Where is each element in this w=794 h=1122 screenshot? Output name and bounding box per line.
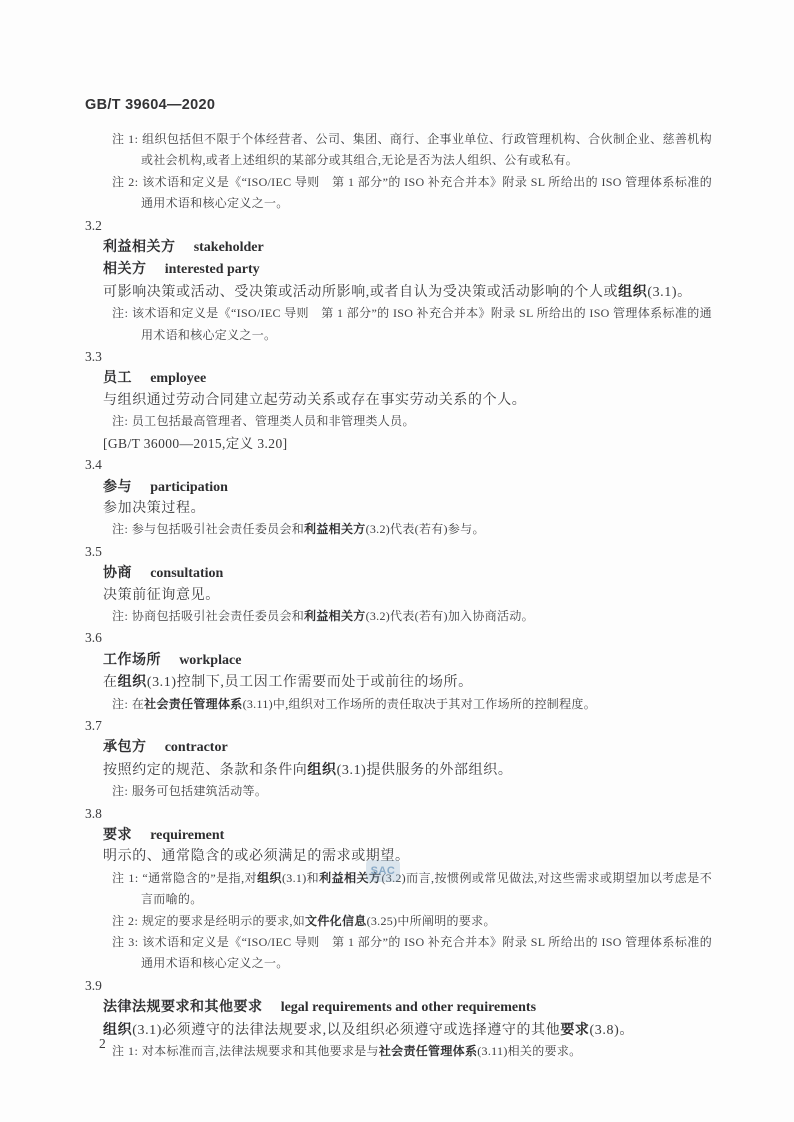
definition-text: 组织(3.1)必须遵守的法律法规要求,以及组织必须遵守或选择遵守的其他要求(3.… bbox=[103, 1019, 712, 1041]
clause-number: 3.2 bbox=[85, 215, 712, 236]
note-label: 注: bbox=[112, 697, 132, 711]
note-label: 注: bbox=[112, 522, 132, 536]
clause-number: 3.7 bbox=[85, 715, 712, 736]
term-line: 相关方interested party bbox=[103, 258, 712, 280]
bold-term-reference: 社会责任管理体系 bbox=[379, 1044, 477, 1058]
term-english: consultation bbox=[150, 566, 223, 581]
bold-term-reference: 利益相关方 bbox=[304, 522, 366, 536]
source-reference: [GB/T 36000—2015,定义 3.20] bbox=[103, 433, 712, 454]
term-line: 参与participation bbox=[103, 476, 712, 498]
text-run: 对本标准而言,法律法规要求和其他要求是与 bbox=[142, 1044, 379, 1058]
text-run: (3.8)。 bbox=[590, 1023, 634, 1038]
text-run: 明示的、通常隐含的或必须满足的需求或期望。 bbox=[103, 849, 410, 864]
note: 注 2: 规定的要求是经明示的要求,如文件化信息(3.25)中所阐明的要求。 bbox=[112, 911, 712, 932]
term-english: requirement bbox=[150, 828, 224, 843]
term-chinese: 员工 bbox=[103, 369, 132, 385]
text-run: 按照约定的规范、条款和条件向 bbox=[103, 763, 307, 778]
clause-number: 3.4 bbox=[85, 454, 712, 475]
clause-number: 3.3 bbox=[85, 346, 712, 367]
note-label: 注 1: bbox=[112, 132, 142, 146]
text-run: 员工包括最高管理者、管理类人员和非管理类人员。 bbox=[132, 414, 415, 428]
term-english: interested party bbox=[165, 262, 260, 277]
term-chinese: 利益相关方 bbox=[103, 238, 176, 254]
term-english: contractor bbox=[165, 740, 228, 755]
term-line: 协商consultation bbox=[103, 562, 712, 584]
text-run: 组织包括但不限于个体经营者、公司、集团、商行、企事业单位、行政管理机构、合伙制企… bbox=[141, 132, 712, 167]
term-chinese: 相关方 bbox=[103, 260, 147, 276]
text-run: (3.1)控制下,员工因工作需要而处于或前往的场所。 bbox=[147, 675, 473, 690]
text-run: 决策前征询意见。 bbox=[103, 588, 220, 603]
text-run: 规定的要求是经明示的要求,如 bbox=[142, 914, 305, 928]
clause-number: 3.8 bbox=[85, 803, 712, 824]
definition-text: 参加决策过程。 bbox=[103, 498, 712, 519]
text-run: (3.1)必须遵守的法律法规要求,以及组织必须遵守或选择遵守的其他 bbox=[132, 1023, 560, 1038]
text-run: (3.2)代表(若有)加入协商活动。 bbox=[366, 609, 534, 623]
definition-text: 可影响决策或活动、受决策或活动所影响,或者自认为受决策或活动影响的个人或组织(3… bbox=[103, 281, 712, 303]
text-run: 在 bbox=[132, 697, 144, 711]
text-run: (3.25)中所阐明的要求。 bbox=[367, 914, 496, 928]
term-line: 承包方contractor bbox=[103, 736, 712, 758]
text-run: (3.11)相关的要求。 bbox=[477, 1044, 581, 1058]
text-run: 该术语和定义是《“ISO/IEC 导则 第 1 部分”的 ISO 补充合并本》附… bbox=[141, 175, 712, 210]
note-label: 注 2: bbox=[112, 914, 142, 928]
definition-text: 决策前征询意见。 bbox=[103, 585, 712, 606]
term-chinese: 法律法规要求和其他要求 bbox=[103, 998, 263, 1014]
note: 注: 在社会责任管理体系(3.11)中,组织对工作场所的责任取决于其对工作场所的… bbox=[112, 694, 712, 715]
text-run: 参加决策过程。 bbox=[103, 501, 205, 516]
note: 注 1: 组织包括但不限于个体经营者、公司、集团、商行、企事业单位、行政管理机构… bbox=[112, 129, 712, 172]
note: 注 2: 该术语和定义是《“ISO/IEC 导则 第 1 部分”的 ISO 补充… bbox=[112, 172, 712, 215]
text-run: 可影响决策或活动、受决策或活动所影响,或者自认为受决策或活动影响的个人或 bbox=[103, 285, 618, 300]
standard-document-page: GB/T 39604—2020 注 1: 组织包括但不限于个体经营者、公司、集团… bbox=[0, 0, 794, 1122]
note: 注: 服务可包括建筑活动等。 bbox=[112, 781, 712, 802]
bold-term-reference: 要求 bbox=[560, 1021, 589, 1037]
text-run: 与组织通过劳动合同建立起劳动关系或存在事实劳动关系的个人。 bbox=[103, 393, 526, 408]
text-run: 该术语和定义是《“ISO/IEC 导则 第 1 部分”的 ISO 补充合并本》附… bbox=[132, 306, 712, 341]
term-english: participation bbox=[150, 480, 228, 495]
term-chinese: 参与 bbox=[103, 478, 132, 494]
text-run: (3.11)中,组织对工作场所的责任取决于其对工作场所的控制程度。 bbox=[243, 697, 596, 711]
clause-number: 3.5 bbox=[85, 541, 712, 562]
bold-term-reference: 组织 bbox=[257, 871, 282, 885]
note: 注 3: 该术语和定义是《“ISO/IEC 导则 第 1 部分”的 ISO 补充… bbox=[112, 932, 712, 975]
bold-term-reference: 组织 bbox=[618, 283, 647, 299]
term-english: stakeholder bbox=[194, 240, 264, 255]
term-line: 员工employee bbox=[103, 367, 712, 389]
note: 注: 参与包括吸引社会责任委员会和利益相关方(3.2)代表(若有)参与。 bbox=[112, 519, 712, 540]
term-line: 要求requirement bbox=[103, 824, 712, 846]
page-number: 2 bbox=[99, 1033, 106, 1054]
term-line: 利益相关方stakeholder bbox=[103, 236, 712, 258]
bold-term-reference: 利益相关方 bbox=[304, 609, 366, 623]
text-run: (3.1)提供服务的外部组织。 bbox=[337, 763, 513, 778]
sac-watermark: SAC bbox=[366, 860, 400, 882]
text-run: (3.2)代表(若有)参与。 bbox=[366, 522, 485, 536]
term-line: 工作场所workplace bbox=[103, 649, 712, 671]
document-number-header: GB/T 39604—2020 bbox=[85, 95, 215, 116]
clause-number: 3.6 bbox=[85, 627, 712, 648]
text-run: 参与包括吸引社会责任委员会和 bbox=[132, 522, 304, 536]
clause-number: 3.9 bbox=[85, 975, 712, 996]
text-run: 协商包括吸引社会责任委员会和 bbox=[132, 609, 304, 623]
text-run: (3.1)和 bbox=[282, 871, 319, 885]
term-chinese: 承包方 bbox=[103, 738, 147, 754]
note: 注: 协商包括吸引社会责任委员会和利益相关方(3.2)代表(若有)加入协商活动。 bbox=[112, 606, 712, 627]
bold-term-reference: 组织 bbox=[103, 1021, 132, 1037]
term-chinese: 要求 bbox=[103, 826, 132, 842]
terms-and-definitions-content: 注 1: 组织包括但不限于个体经营者、公司、集团、商行、企事业单位、行政管理机构… bbox=[85, 129, 712, 1062]
note-label: 注 3: bbox=[112, 935, 142, 949]
note-label: 注: bbox=[112, 609, 132, 623]
note: 注: 该术语和定义是《“ISO/IEC 导则 第 1 部分”的 ISO 补充合并… bbox=[112, 303, 712, 346]
definition-text: 明示的、通常隐含的或必须满足的需求或期望。 bbox=[103, 846, 712, 867]
term-english: employee bbox=[150, 371, 206, 386]
term-chinese: 协商 bbox=[103, 564, 132, 580]
note-label: 注: bbox=[112, 784, 132, 798]
text-run: (3.1)。 bbox=[647, 285, 691, 300]
definition-text: 按照约定的规范、条款和条件向组织(3.1)提供服务的外部组织。 bbox=[103, 759, 712, 781]
term-english: legal requirements and other requirement… bbox=[281, 1000, 536, 1015]
text-run: “通常隐含的”是指,对 bbox=[142, 871, 257, 885]
note-label: 注 1: bbox=[112, 1044, 142, 1058]
note-label: 注: bbox=[112, 414, 132, 428]
text-run: 该术语和定义是《“ISO/IEC 导则 第 1 部分”的 ISO 补充合并本》附… bbox=[141, 935, 712, 970]
bold-term-reference: 组织 bbox=[307, 761, 336, 777]
term-english: workplace bbox=[179, 653, 241, 668]
bold-term-reference: 组织 bbox=[118, 673, 147, 689]
note-label: 注 1: bbox=[112, 871, 142, 885]
text-run: 服务可包括建筑活动等。 bbox=[132, 784, 267, 798]
term-chinese: 工作场所 bbox=[103, 651, 161, 667]
note: 注 1: 对本标准而言,法律法规要求和其他要求是与社会责任管理体系(3.11)相… bbox=[112, 1041, 712, 1062]
text-run: 在 bbox=[103, 675, 118, 690]
bold-term-reference: 文件化信息 bbox=[305, 914, 367, 928]
term-line: 法律法规要求和其他要求legal requirements and other … bbox=[103, 996, 712, 1018]
note: 注 1: “通常隐含的”是指,对组织(3.1)和利益相关方(3.2)而言,按惯例… bbox=[112, 868, 712, 911]
bold-term-reference: 社会责任管理体系 bbox=[144, 697, 242, 711]
note-label: 注 2: bbox=[112, 175, 142, 189]
note-label: 注: bbox=[112, 306, 132, 320]
note: 注: 员工包括最高管理者、管理类人员和非管理类人员。 bbox=[112, 411, 712, 432]
definition-text: 与组织通过劳动合同建立起劳动关系或存在事实劳动关系的个人。 bbox=[103, 390, 712, 411]
definition-text: 在组织(3.1)控制下,员工因工作需要而处于或前往的场所。 bbox=[103, 671, 712, 693]
